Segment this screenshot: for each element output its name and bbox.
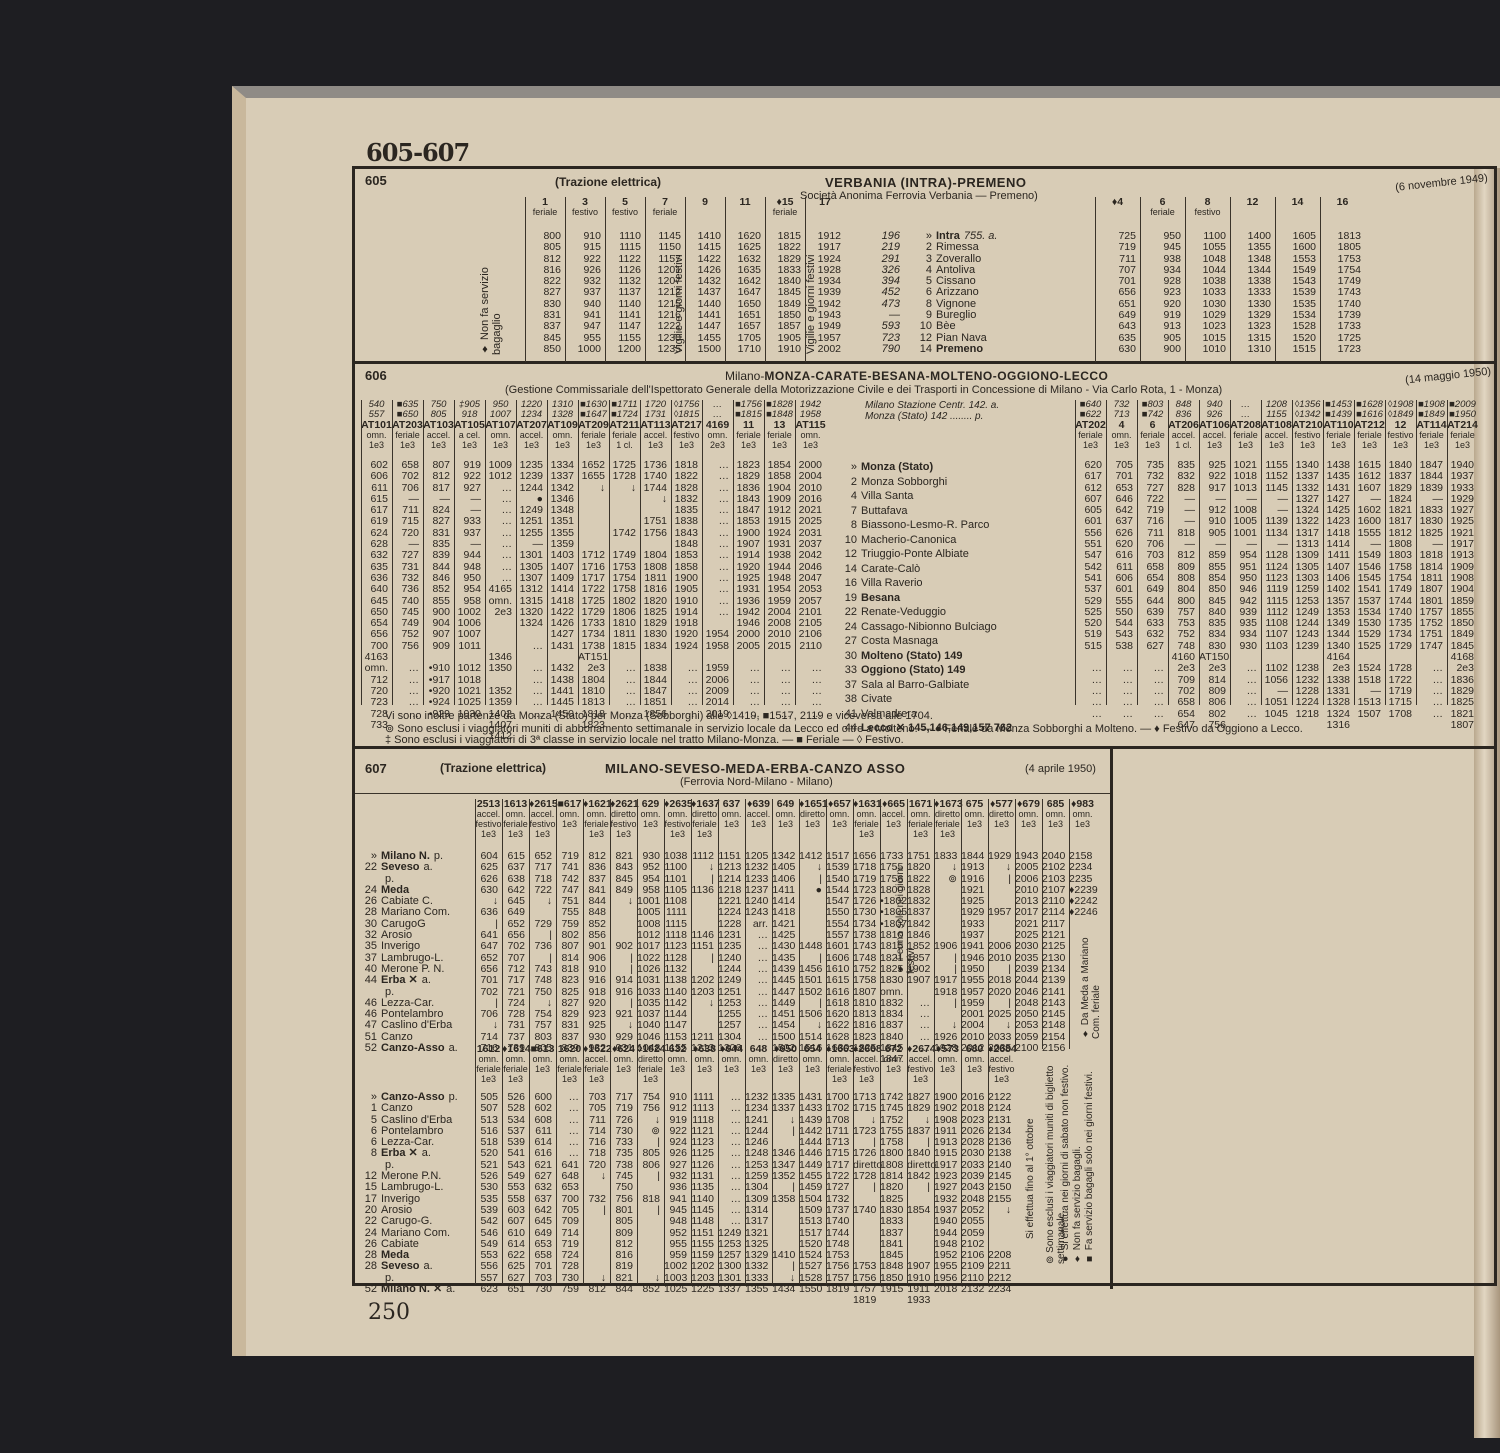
time-cell: 2132 xyxy=(961,1284,984,1295)
train-type: feriale xyxy=(609,430,640,440)
column-divider xyxy=(1168,400,1169,705)
time-cell: 1445 xyxy=(772,975,795,986)
connection-times: 12081155 xyxy=(1261,400,1292,420)
train-header: 648omn.1e3 xyxy=(745,1044,772,1074)
train-times: 1334133713421346134813511355135914031407… xyxy=(547,460,574,720)
station-row: 52Milano N. ✕a. xyxy=(355,1284,458,1295)
column-divider xyxy=(691,799,692,1049)
time-cell: 1310 xyxy=(1230,344,1271,355)
train-type: feriale xyxy=(525,207,565,217)
train-type: accel. xyxy=(640,430,671,440)
train-header: ■1628■1616AT212feriale1e3 xyxy=(1354,400,1385,450)
train-type: omn. xyxy=(637,809,664,819)
time-cell: 1150 xyxy=(645,242,681,253)
column-divider xyxy=(772,1044,773,1284)
train-header: 654omn.1e3 xyxy=(799,1044,826,1074)
train-type: omn. xyxy=(934,1054,961,1064)
connection-times: ■2009■1950 xyxy=(1447,400,1478,420)
time-cell: 649 xyxy=(1137,584,1164,595)
time-cell: 1740 xyxy=(640,471,667,482)
time-cell: 1819 xyxy=(826,1284,849,1295)
time-cell: 909 xyxy=(423,641,450,652)
time-cell: 1702 xyxy=(826,1103,849,1114)
train-number: 2513 xyxy=(475,799,502,809)
time-cell: 1758 xyxy=(853,975,876,986)
train-type: omn. xyxy=(664,1054,691,1064)
time-cell: 1151 xyxy=(691,941,714,952)
time-cell: 1822 xyxy=(765,242,801,253)
column-divider xyxy=(733,400,734,705)
train-class: 1e3 xyxy=(1199,440,1230,450)
station-name: Sala al Barro-Galbiate xyxy=(861,679,969,691)
station-km: 15 xyxy=(355,1182,377,1193)
train-number: AT105 xyxy=(454,420,485,430)
column-divider xyxy=(1275,197,1276,362)
station-km: 35 xyxy=(355,941,377,952)
connection-times: ◊1356◊1342 xyxy=(1292,400,1323,420)
time-cell: 948 xyxy=(664,1216,687,1227)
time-cell: ↓ xyxy=(934,862,957,873)
train-class: 2e3 xyxy=(702,440,733,450)
time-cell: ↓ xyxy=(988,862,1011,873)
time-cell: 1818 xyxy=(1416,550,1443,561)
train-header: 680omn.1e3 xyxy=(961,1044,988,1074)
train-class: 1e3 xyxy=(664,1064,691,1074)
station-name: Caslino d'Erba xyxy=(381,1114,452,1126)
train-times: ………………6416486537007057097147197247287307… xyxy=(556,1092,579,1295)
effective-date: (14 maggio 1950) xyxy=(1405,366,1492,387)
train-number: AT217 xyxy=(671,420,702,430)
train-type: omn. xyxy=(1042,809,1069,819)
station-name: Bèe xyxy=(936,320,956,332)
connection-times: ■803■742 xyxy=(1137,400,1168,420)
time-cell: 1102 xyxy=(1261,663,1288,674)
time-cell: ↓ xyxy=(609,483,636,494)
train-times: 1700170217081711171317151717172217271732… xyxy=(826,1092,849,1295)
station-name: Costa Masnaga xyxy=(861,635,938,647)
column-divider xyxy=(485,400,486,705)
train-header: 672omn.1e3 xyxy=(880,1044,907,1074)
train-header: ♦1637diretto feriale1e3 xyxy=(691,799,718,839)
time-cell: 1549 xyxy=(1354,550,1381,561)
column-divider xyxy=(502,1044,503,1284)
column-divider xyxy=(1199,400,1200,705)
train-class: 1e3 xyxy=(1069,819,1096,829)
time-cell: 719 xyxy=(610,1103,633,1114)
train-number: AT113 xyxy=(640,420,671,430)
train-class: 1e3 xyxy=(934,829,961,839)
column-divider xyxy=(988,1044,989,1284)
train-type: feriale xyxy=(1447,430,1478,440)
train-header: ■1828■184813feriale1e3 xyxy=(764,400,795,450)
column-divider xyxy=(605,197,606,362)
time-cell: 1927 xyxy=(934,1182,957,1193)
time-cell: 617 xyxy=(1075,471,1102,482)
train-header: ♦2635omn. festivo1e3 xyxy=(664,799,691,839)
time-cell: 736 xyxy=(392,584,419,595)
station-name: Meda xyxy=(381,1249,409,1261)
train-class: 1e3 xyxy=(988,819,1015,829)
train-header: ■640■622AT202feriale1e3 xyxy=(1075,400,1106,450)
time-cell: 1949 xyxy=(805,321,841,332)
time-cell: 2150 xyxy=(988,1182,1011,1193)
train-times: 1438143514311427142514231418141414111407… xyxy=(1323,460,1350,731)
train-class: 1e3 xyxy=(1015,819,1042,829)
time-cell: 1415 xyxy=(685,242,721,253)
train-header: ♦679omn.1e3 xyxy=(1015,799,1042,829)
column-divider xyxy=(525,197,526,362)
footnote-3: ‡ Sono esclusi i viaggiatori di 3ª class… xyxy=(385,734,904,746)
train-class: 1e3 xyxy=(392,440,423,450)
train-type: omn. xyxy=(745,1054,772,1064)
time-cell: 1459 xyxy=(799,1182,822,1193)
train-times: 652717718722↓ 729|736|743748750↓75475780… xyxy=(529,851,552,1054)
time-cell: 723 xyxy=(361,697,388,708)
time-cell: 607 xyxy=(502,1216,525,1227)
time-cell: … xyxy=(733,697,760,708)
station-name: Caslino d'Erba xyxy=(381,1019,452,1031)
train-class: 1e3 xyxy=(691,829,718,839)
time-cell: 1515 xyxy=(1275,344,1316,355)
column-divider xyxy=(516,400,517,705)
train-header: 1feriale xyxy=(525,197,565,217)
train-header: 940926AT106accel.1e3 xyxy=(1199,400,1230,450)
time-cell: 1235 xyxy=(718,941,741,952)
time-cell: 1807 xyxy=(1447,720,1474,731)
train-class: 1e3 xyxy=(671,440,702,450)
time-cell: 1232 xyxy=(745,862,768,873)
train-header: ◊1624diretto feriale1e3 xyxy=(637,1044,664,1084)
train-class: 1e3 xyxy=(502,1074,529,1084)
station-name: Renate-Veduggio xyxy=(861,606,946,618)
time-cell: 1958 xyxy=(702,641,729,652)
train-class: 1e3 xyxy=(880,819,907,829)
station-row: 10Macherio-Canonica xyxy=(835,533,1012,548)
time-cell: 1655 xyxy=(578,471,605,482)
station-name: Erba ✕ xyxy=(381,974,418,986)
time-cell: 1913 xyxy=(1447,550,1474,561)
train-header: ♦983omn.1e3 xyxy=(1069,799,1096,829)
train-times: 8128368378418448488528569019069109169189… xyxy=(583,851,606,1054)
time-cell: 1749 xyxy=(1385,584,1412,595)
station-name: Pian Nava xyxy=(936,332,987,344)
train-type: omn. xyxy=(772,809,799,819)
train-times: 1100105510481044103810331030102910231015… xyxy=(1185,231,1226,355)
train-times: 123512391244●124912511255—13011305130713… xyxy=(516,460,543,720)
time-cell: 2004 xyxy=(795,471,822,482)
train-type: feriale xyxy=(645,207,685,217)
column-divider xyxy=(637,1044,638,1284)
train-class: 1e3 xyxy=(853,829,880,839)
train-class: 1e3 xyxy=(547,440,578,450)
station-row: 24Cassago-Nibionno Bulciago xyxy=(835,620,1012,635)
time-cell: 945 xyxy=(1140,242,1181,253)
train-times: 725719711707701656651649643635630 xyxy=(1095,231,1136,355)
train-type: accel. festivo xyxy=(907,1054,934,1074)
train-type: feriale xyxy=(765,207,805,217)
time-cell: 1359 xyxy=(485,697,512,708)
station-km: 33 xyxy=(835,663,857,678)
train-header: 13101328AT109omn.1e3 xyxy=(547,400,578,450)
station-row: 79014Premeno xyxy=(910,344,997,355)
time-cell: | xyxy=(853,1182,876,1193)
time-cell: 1822 xyxy=(671,471,698,482)
station-altitude: 790 xyxy=(860,344,900,355)
train-header: ♦624omn.1e3 xyxy=(610,1044,637,1074)
time-cell: ↓ xyxy=(640,494,667,505)
time-cell: 1959 xyxy=(702,663,729,674)
train-class: 1e3 xyxy=(795,440,826,450)
station-row: 37Sala al Barro-Galbiate xyxy=(835,678,1012,693)
time-cell: 844 xyxy=(610,1284,633,1295)
train-times: 807812817—824827831835839844846852855900… xyxy=(423,460,450,720)
train-type: omn. xyxy=(1015,809,1042,819)
train-number: ♦1651 xyxy=(799,799,826,809)
train-number: 675 xyxy=(961,799,988,809)
october-note: Si effettua fino al 1° ottobre xyxy=(1025,1089,1036,1239)
time-cell: 537 xyxy=(1075,584,1102,595)
time-cell: 2044 xyxy=(1015,975,1038,986)
train-number: AT110 xyxy=(1323,420,1354,430)
train-header: ♦2674accel. festivo1e3 xyxy=(907,1044,934,1084)
time-cell: 647 xyxy=(475,941,498,952)
station-km: 14 xyxy=(910,344,932,355)
time-cell: 954 xyxy=(1230,550,1257,561)
train-number: ♦665 xyxy=(880,799,907,809)
time-cell: 1612 xyxy=(1354,471,1381,482)
time-cell: … xyxy=(745,975,768,986)
train-type: feriale xyxy=(764,430,795,440)
train-times: 2040210221032107211021142117212121252130… xyxy=(1042,851,1065,1054)
station-names: »Canzo-Assop.1Canzo5Caslino d'Erba6Ponte… xyxy=(355,1092,458,1295)
train-type: diretto feriale xyxy=(691,809,718,829)
train-header: ♦4 xyxy=(1095,197,1140,207)
time-cell: … xyxy=(516,697,543,708)
train-type: feriale xyxy=(1075,430,1106,440)
train-number: 1613 xyxy=(502,799,529,809)
train-number: AT212 xyxy=(1354,420,1385,430)
time-cell: 4165 omn. 2e3 xyxy=(485,584,512,618)
train-header: ……4169omn.2e3 xyxy=(702,400,733,450)
train-header: ■803■7426feriale1e3 xyxy=(1137,400,1168,450)
column-divider xyxy=(1069,799,1070,1049)
train-type: omn. feriale xyxy=(907,809,934,829)
time-cell: 727 xyxy=(392,550,419,561)
section-605: 605 (Trazione elettrica) VERBANIA (INTRA… xyxy=(355,169,1494,364)
connection-times: ■1756■1815 xyxy=(733,400,764,420)
time-cell: … xyxy=(1230,697,1257,708)
time-cell: 1018 xyxy=(1230,471,1257,482)
time-cell: 2018 xyxy=(934,1284,957,1295)
time-cell: 1103 xyxy=(1261,641,1288,652)
train-type: omn. feriale xyxy=(853,809,880,829)
station-name: Carugo-G. xyxy=(381,1215,432,1227)
train-times: 1431143314391442144414461449145514591504… xyxy=(799,1092,822,1295)
station-row: 16Villa Raverio xyxy=(835,576,1012,591)
time-cell: 748 xyxy=(529,975,552,986)
time-cell: 1745 xyxy=(880,1103,903,1114)
station-name: Lezza-Car. xyxy=(381,1136,434,1148)
time-cell: 1539 xyxy=(826,862,849,873)
line-operator: (Ferrovia Nord-Milano - Milano) xyxy=(680,776,833,788)
time-cell: … xyxy=(795,697,822,708)
train-number: 4169 xyxy=(702,420,733,430)
train-number: 1620 xyxy=(556,1044,583,1054)
line-title: Milano-MONZA-CARATE-BESANA-MOLTENO-OGGIO… xyxy=(725,369,1108,383)
traction-label: (Trazione elettrica) xyxy=(555,175,661,189)
time-cell: 1803 xyxy=(1385,550,1412,561)
time-cell xyxy=(485,629,512,640)
train-header: ■2009■1950AT214feriale1e3 xyxy=(1447,400,1478,450)
train-header: 16 xyxy=(1320,197,1365,207)
time-cell: 1113 xyxy=(691,1103,714,1114)
time-cell: 1941 xyxy=(961,941,984,952)
time-cell: 1317 xyxy=(745,1216,768,1227)
time-cell: 553 xyxy=(502,1182,525,1193)
time-cell: 1541 xyxy=(1354,584,1381,595)
time-cell: … xyxy=(516,663,543,674)
time-cell: diretto 1728 xyxy=(853,1160,876,1183)
time-cell: 1910 xyxy=(765,344,801,355)
train-times: 604625626630↓636|641647652656701702|706↓… xyxy=(475,851,498,1054)
time-cell xyxy=(578,494,605,505)
column-divider xyxy=(1323,400,1324,705)
train-number: 680 xyxy=(961,1044,988,1054)
column-divider xyxy=(765,197,766,362)
time-cell: 1235 xyxy=(645,344,681,355)
time-cell: 1833 xyxy=(880,1216,903,1227)
connection-times: 13101328 xyxy=(547,400,578,420)
time-cell: 1805 xyxy=(1320,242,1361,253)
train-class: 1e3 xyxy=(764,440,795,450)
time-cell: 1222 xyxy=(645,321,681,332)
train-class: 1e3 xyxy=(475,1074,502,1084)
connection-times: ■1630■1647 xyxy=(578,400,609,420)
station-name: Merone P.N. xyxy=(381,1170,441,1182)
train-type: omn. xyxy=(826,809,853,819)
time-cell: 732 xyxy=(1137,471,1164,482)
train-number: ♦1631 xyxy=(853,799,880,809)
train-number: ♦1673 xyxy=(934,799,961,809)
train-header: ■1630■1647AT209feriale1e3 xyxy=(578,400,609,450)
time-cell: 1025 xyxy=(454,697,481,708)
train-times: 1145115011571201120712121215121612221230… xyxy=(645,231,681,355)
train-type: omn. feriale xyxy=(826,1054,853,1074)
time-cell: 946 xyxy=(1230,584,1257,595)
time-cell: 1445 xyxy=(547,697,574,708)
connection-times: ■1828■1848 xyxy=(764,400,795,420)
connection-times: 540557 xyxy=(361,400,392,420)
time-cell: 616 xyxy=(1106,550,1133,561)
train-number: AT101 xyxy=(361,420,392,430)
train-number: ♦638 xyxy=(691,1044,718,1054)
time-cell: 645 xyxy=(529,1216,552,1227)
station-km: 52 xyxy=(355,1284,377,1295)
train-class: 1e3 xyxy=(799,819,826,829)
train-number: ■613 xyxy=(529,1044,556,1054)
station-name: Bureglio xyxy=(936,309,976,321)
train-number: AT209 xyxy=(578,420,609,430)
train-type: festivo xyxy=(1385,430,1416,440)
station-row: 52Canzo-Assoa. xyxy=(355,1043,458,1054)
connection-rows: Milano Stazione Centr. 142. a.Monza (Sta… xyxy=(865,400,999,422)
time-cell: … xyxy=(733,663,760,674)
train-type: accel. feriale xyxy=(583,1054,610,1074)
column-divider xyxy=(745,799,746,1049)
time-cell: 837 xyxy=(525,321,561,332)
station-name: Lambrugo-L. xyxy=(381,1181,443,1193)
train-times: 1410141514221426143214371440144114471455… xyxy=(685,231,721,355)
train-number: 685 xyxy=(1042,799,1069,809)
column-divider xyxy=(1075,400,1076,705)
train-class: 1e3 xyxy=(578,440,609,450)
time-cell: … xyxy=(516,641,543,652)
train-class: 1e3 xyxy=(583,1074,610,1084)
train-times: 1833↓⊚ 1906||19171918| ↓19261928 xyxy=(934,851,957,1054)
time-cell: 1414 xyxy=(547,584,574,595)
train-number: 632 xyxy=(664,1044,691,1054)
train-number: 649 xyxy=(772,799,799,809)
column-divider xyxy=(805,197,806,362)
time-cell: 1234 xyxy=(745,1103,768,1114)
time-cell: 1447 xyxy=(685,321,721,332)
time-cell: … xyxy=(702,471,729,482)
time-cell: 1123 xyxy=(664,941,687,952)
train-header: ♦2668accel. festivo1e3 xyxy=(853,1044,880,1084)
time-cell: 1940 xyxy=(934,1216,957,1227)
station-km: 27 xyxy=(835,634,857,649)
train-times: 16521655↓ 171217161717172217251729173317… xyxy=(578,460,605,731)
section-number: 607 xyxy=(365,761,387,776)
time-cell: 627 xyxy=(1137,641,1164,652)
train-header: 1612omn. feriale1e3 xyxy=(475,1044,502,1084)
train-times: 1620162516321635164216471650165116571705… xyxy=(725,231,761,355)
time-cell: 1829 xyxy=(907,1103,930,1114)
train-header: ■613omn.1e3 xyxy=(529,1044,556,1074)
station-km: 14 xyxy=(835,562,857,577)
column-divider xyxy=(772,799,773,1049)
time-cell: 1615 xyxy=(826,975,849,986)
timetable-page: 605-607 605 (Trazione elettrica) VERBANI… xyxy=(232,86,1500,1356)
train-header: ♦1622accel. feriale1e3 xyxy=(583,1044,610,1084)
time-cell: 1435 xyxy=(1323,471,1350,482)
time-cell: 1115 xyxy=(605,242,641,253)
train-times: 1656171817191723172617301734173817431748… xyxy=(853,851,876,1054)
train-header: ■1453■1439AT110feriale1e3 xyxy=(1323,400,1354,450)
station-name: Vignone xyxy=(936,298,976,310)
time-cell: 922 xyxy=(454,471,481,482)
train-header: 7327134omn.1e3 xyxy=(1106,400,1137,450)
column-divider xyxy=(1320,197,1321,362)
train-number: ♦639 xyxy=(745,799,772,809)
train-times: 115511521145——11391134—11281124112311191… xyxy=(1261,460,1288,720)
train-header: ■617omn.1e3 xyxy=(556,799,583,829)
time-cell: 606 xyxy=(361,471,388,482)
time-cell: 1507 xyxy=(1354,709,1381,720)
column-divider xyxy=(583,799,584,1049)
column-divider xyxy=(664,799,665,1049)
station-km: 19 xyxy=(835,591,857,606)
station-name: Zoverallo xyxy=(936,253,981,265)
section-607: 607 (Trazione elettrica) MILANO-SEVESO-M… xyxy=(355,749,1494,1289)
time-cell: 741 xyxy=(556,862,579,873)
connection-times: 9501007 xyxy=(485,400,516,420)
train-number: 8 xyxy=(1185,197,1230,207)
time-cell: 812 xyxy=(423,471,450,482)
time-cell: 1954 xyxy=(764,584,791,595)
column-divider xyxy=(640,400,641,705)
time-cell: | xyxy=(907,1182,930,1193)
